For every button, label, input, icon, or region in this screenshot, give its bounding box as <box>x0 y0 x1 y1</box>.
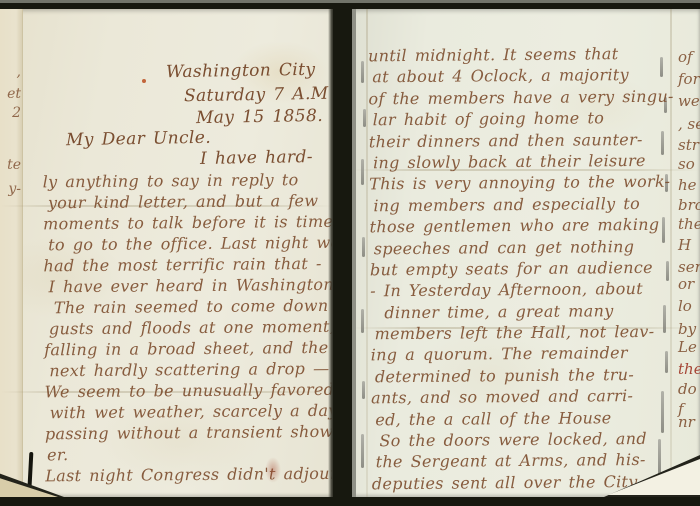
letter-opening-words: I have hard- <box>200 147 313 169</box>
handwritten-line: had the most terrific rain that - <box>43 254 333 278</box>
handwriting-fragment: so <box>678 155 695 173</box>
handwritten-line: gusts and floods at one moment, <box>44 317 333 341</box>
handwriting-fragment: bro <box>678 196 700 214</box>
handwriting-fragment: or <box>678 275 694 293</box>
tape-mark <box>361 434 364 468</box>
handwritten-line: determined to punish the tru- <box>371 365 676 389</box>
letter-body-left: ly anything to say in reply to your kind… <box>43 170 333 488</box>
tape-mark <box>363 109 366 127</box>
letter-salutation: My Dear Uncle. <box>66 128 211 151</box>
page-edge-highlight <box>352 9 356 497</box>
handwritten-line: This is very annoying to the work- <box>369 172 674 196</box>
letter-place-line: Washington City <box>166 60 316 83</box>
handwriting-fragment: H <box>678 236 691 254</box>
handwritten-line: passing without a transient show- <box>45 422 333 446</box>
handwritten-line: but empty seats for an audience <box>370 258 675 282</box>
letter-date-line: May 15 1858. <box>196 106 323 128</box>
letter-page-left: , et 2 te y- Washington City Saturday 7 … <box>0 9 333 497</box>
handwriting-fragment: 2 <box>12 105 21 121</box>
handwriting-fragment: et <box>7 86 21 102</box>
previous-page-edge-strip: , et 2 te y- <box>0 9 23 497</box>
handwritten-line: moments to talk before it is time <box>43 212 333 236</box>
letter-page-right: until midnight. It seems that at about 4… <box>352 9 700 497</box>
ink-fleck <box>142 79 146 83</box>
handwritten-line: next hardly scattering a drop — <box>44 359 333 383</box>
handwriting-fragment: , se <box>678 115 700 133</box>
handwriting-fragment: Le <box>678 338 697 356</box>
handwritten-line: falling in a broad sheet, and the <box>44 338 333 362</box>
handwritten-line: with wet weather, scarcely a day <box>45 401 333 425</box>
handwritten-line: those gentlemen who are making <box>370 215 675 239</box>
handwritten-line: the Sergeant at Arms, and his- <box>372 450 677 474</box>
handwritten-line: I have ever heard in Washington. <box>44 275 333 299</box>
letter-body-right: until midnight. It seems that at about 4… <box>368 44 677 496</box>
tape-mark <box>361 309 364 333</box>
handwriting-fragment: nr <box>678 413 695 431</box>
handwriting-fragment: , <box>17 64 21 80</box>
handwriting-fragment: do <box>678 380 697 398</box>
handwriting-fragment: te <box>7 157 21 173</box>
photo-mat-top-edge <box>0 0 700 3</box>
handwritten-line: lar habit of going home to <box>369 108 674 132</box>
tape-mark <box>361 159 364 185</box>
handwritten-line: The rain seemed to come down in <box>44 296 333 320</box>
handwriting-fragment: of <box>678 48 693 66</box>
handwritten-line: - In Yesterday Afternoon, about <box>370 279 675 303</box>
handwriting-fragment-red-ink: the <box>678 360 700 378</box>
letter-day-line: Saturday 7 A.M <box>184 84 329 107</box>
handwritten-line: So the doors were locked, and <box>371 429 676 453</box>
handwritten-line: of the members have a very singu- <box>368 86 673 110</box>
red-ink-smudge <box>265 457 281 483</box>
tape-mark <box>362 381 365 399</box>
handwritten-line: to go to the office. Last night we <box>43 233 333 257</box>
handwritten-line: their dinners and then saunter- <box>369 129 674 153</box>
letter-scan: , et 2 te y- Washington City Saturday 7 … <box>0 0 700 506</box>
handwriting-fragment: the <box>678 215 700 233</box>
handwriting-fragment: for <box>678 70 700 88</box>
handwritten-line: your kind letter, and but a few <box>43 191 333 215</box>
handwritten-line: ing a quorum. The remainder <box>371 343 676 367</box>
handwritten-line: er. <box>45 443 333 467</box>
tape-mark <box>362 237 365 257</box>
handwriting-fragment: he <box>678 176 697 194</box>
handwriting-fragment: str <box>678 136 699 154</box>
handwritten-line: ants, and so moved and carri- <box>371 386 676 410</box>
handwritten-line: dinner time, a great many <box>370 300 675 324</box>
handwriting-fragment: ser <box>678 258 700 276</box>
handwritten-line: ing slowly back at their leisure <box>369 151 674 175</box>
handwritten-line: Last night Congress didn't adjourn <box>45 464 333 488</box>
handwriting-fragment: lo <box>678 297 692 315</box>
handwriting-fragment: y- <box>8 181 21 197</box>
handwritten-line: We seem to be unusually favored <box>44 380 333 404</box>
handwriting-fragment: wea <box>678 92 700 110</box>
handwritten-line: until midnight. It seems that <box>368 44 673 68</box>
handwritten-line: members left the Hall, not leav- <box>370 322 675 346</box>
handwritten-line: speeches and can get nothing <box>370 236 675 260</box>
handwritten-line: at about 4 Oclock, a majority <box>368 65 673 89</box>
handwritten-line: ing members and especially to <box>369 193 674 217</box>
handwriting-fragment: by <box>678 320 696 338</box>
handwritten-line: ed, the a call of the House <box>371 407 676 431</box>
tape-mark <box>361 61 364 83</box>
handwritten-line: ly anything to say in reply to <box>43 170 333 194</box>
